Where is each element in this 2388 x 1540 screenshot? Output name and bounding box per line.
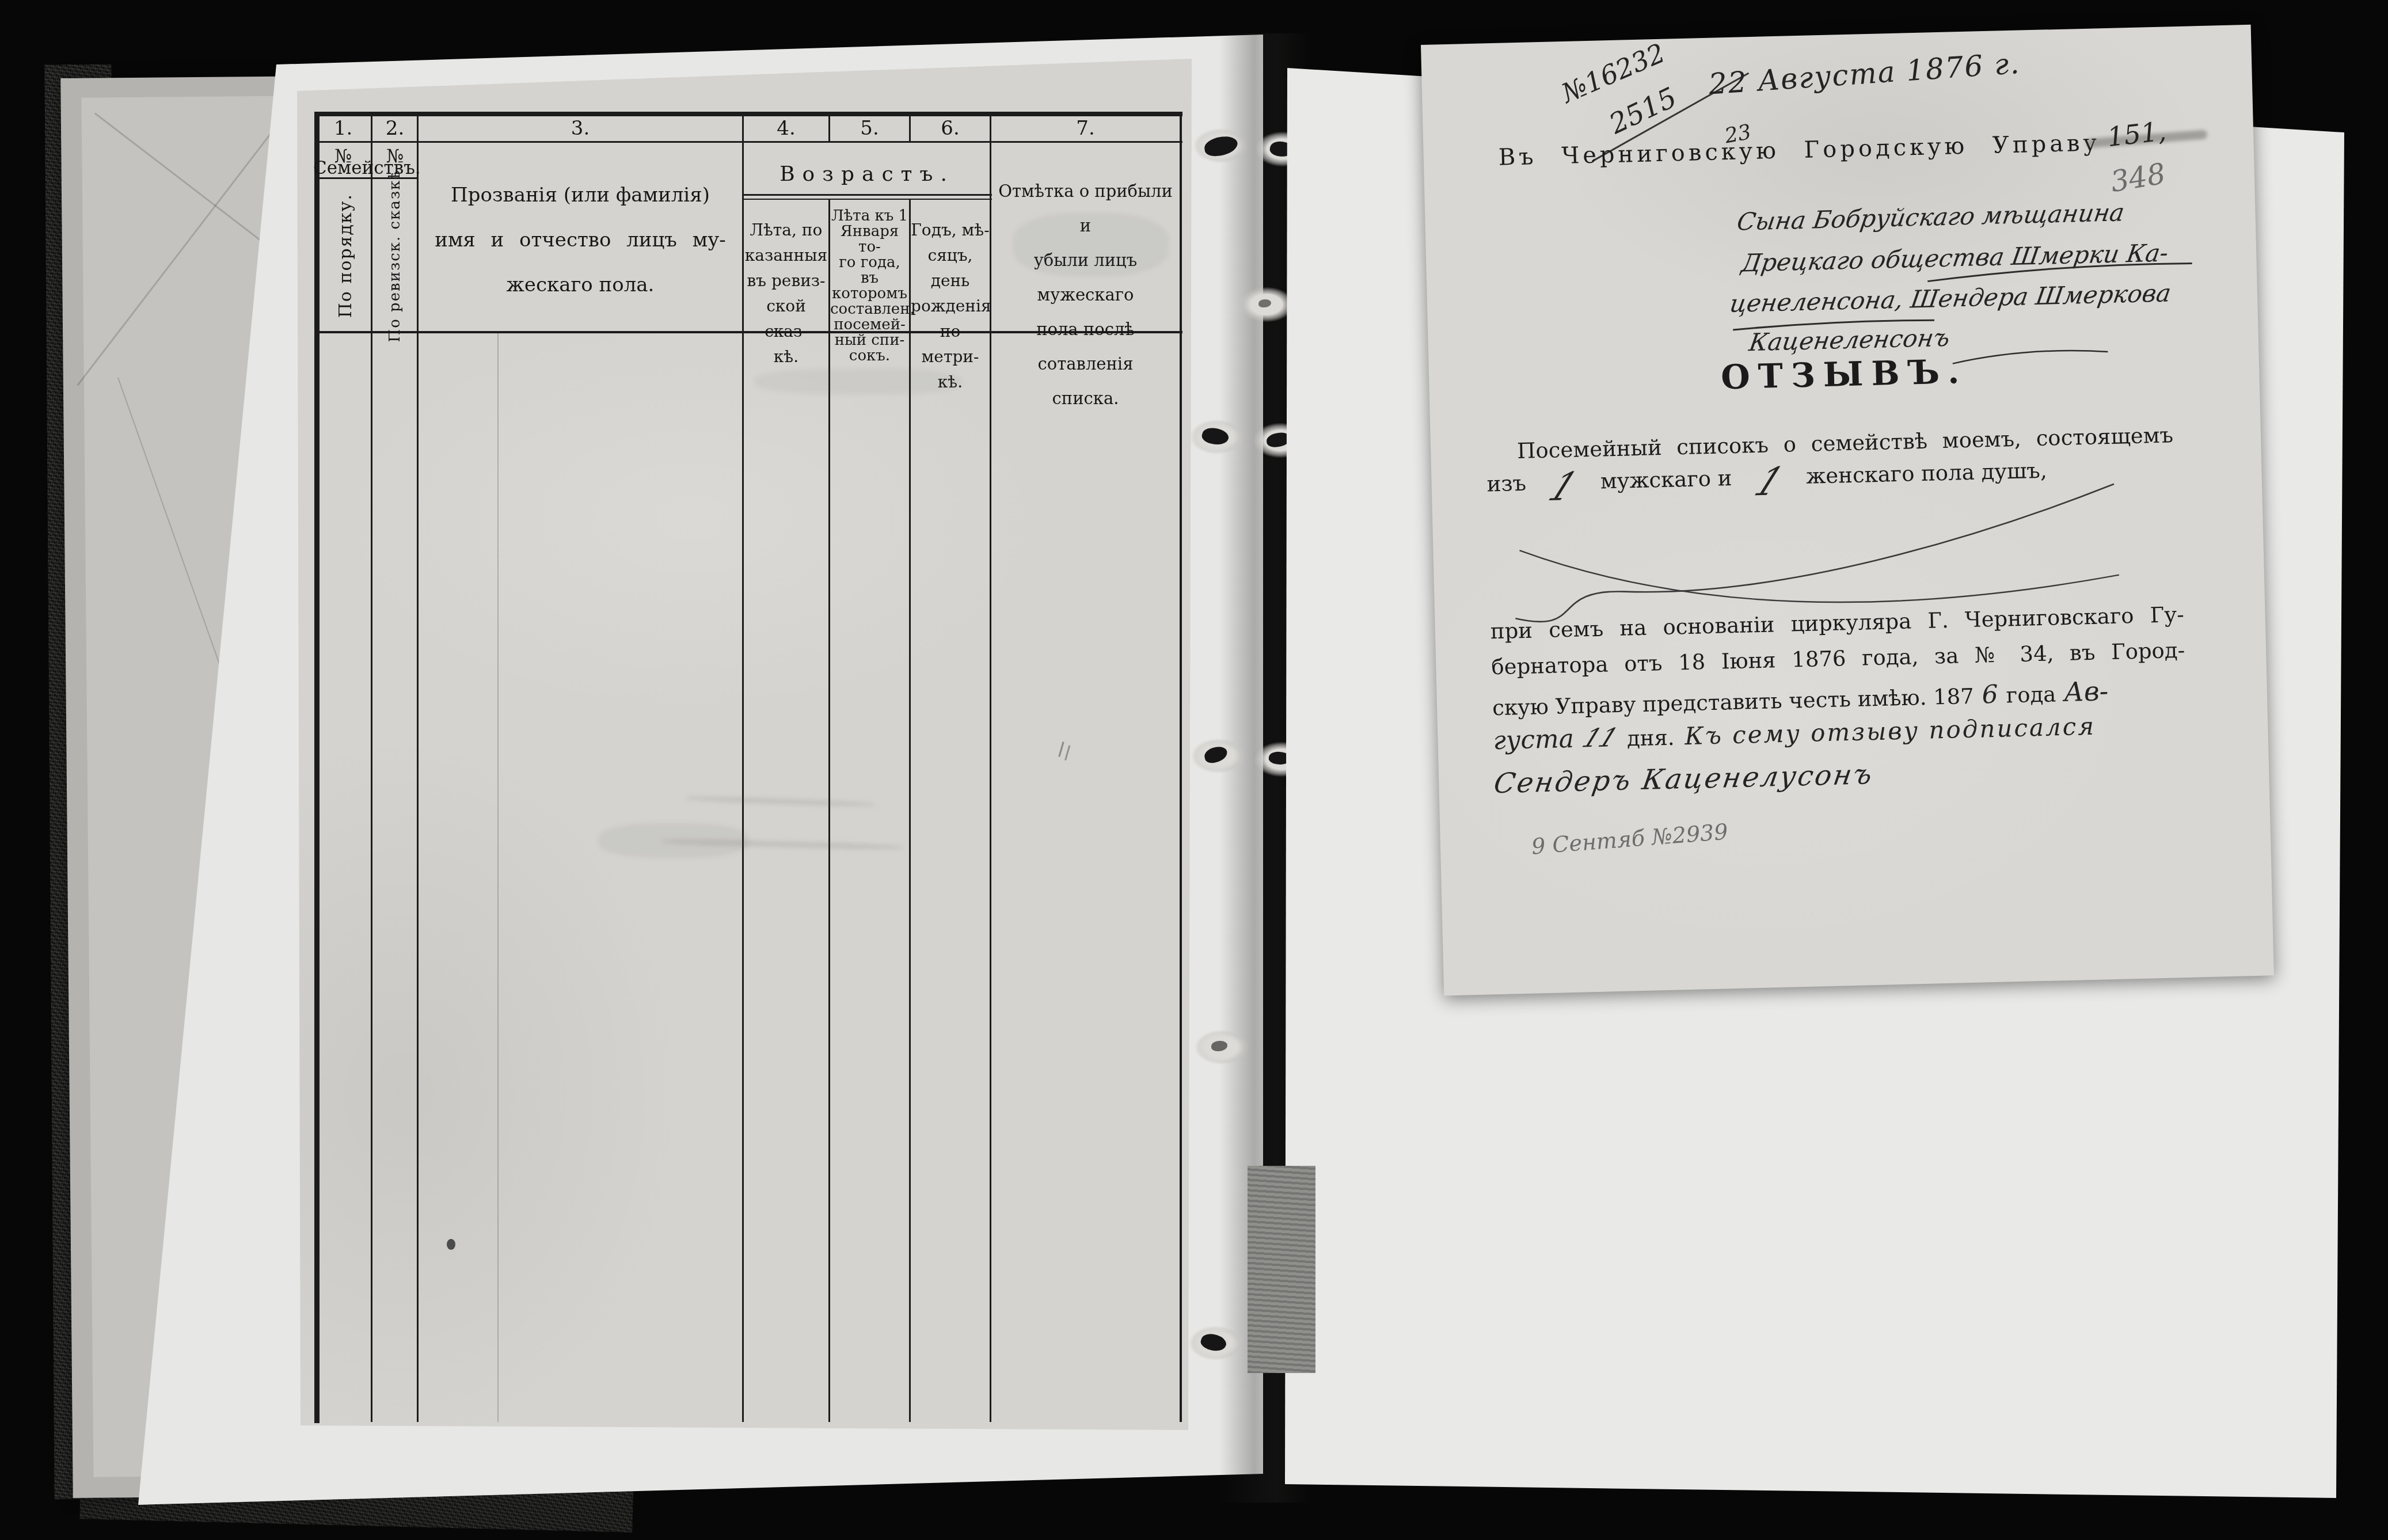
col-number-1: 1. xyxy=(314,117,372,140)
archival-scan: 1. 2. 3. 4. 5. 6. 7. № № Семействъ. По п… xyxy=(0,0,2388,1540)
bleed-through-mark xyxy=(1013,213,1169,276)
col-number-3: 3. xyxy=(419,117,742,140)
col-number-5: 5. xyxy=(830,117,909,140)
submission-line-4-printed: дня. xyxy=(1626,725,1675,751)
col4-header-line: кѣ. xyxy=(744,344,828,370)
submission-line-3-word: года xyxy=(2006,682,2056,708)
col5-header-line: го года, въ xyxy=(830,255,909,286)
col3-header: Прозванія (или фамилія) имя и отчество л… xyxy=(424,173,736,307)
col6-header-line: сяцъ, день xyxy=(911,243,990,294)
col5-header-line: которомъ xyxy=(830,286,909,302)
col2-rotated-label: По ревизск. сказкѣ xyxy=(386,169,404,343)
col-number-7: 7. xyxy=(991,117,1180,140)
col7-header-line: пола послѣ сотавленія xyxy=(991,312,1180,381)
col-number-4: 4. xyxy=(744,117,828,140)
stitch-hole xyxy=(1191,738,1246,774)
pencil-note: 9 Сентяб №2939 xyxy=(1531,819,1729,859)
table-left-border xyxy=(314,112,320,1423)
col-number-2: 2. xyxy=(372,117,418,140)
ink-dot xyxy=(447,1239,455,1250)
col1-rotated-cell: По порядку. xyxy=(320,181,371,330)
col6-header-line: рожденія xyxy=(911,294,990,319)
col3-header-line: Прозванія (или фамилія) xyxy=(424,173,736,218)
year-digit-handwritten: 6 xyxy=(1982,680,1998,710)
col5-header-line: Лѣта къ 1 xyxy=(830,208,909,224)
registration-date: 22 Августа 1876 г. xyxy=(1708,47,2021,101)
col5-header-line: сокъ. xyxy=(830,348,909,364)
stitch-hole xyxy=(1188,1325,1244,1361)
col7-header: Отмѣтка о прибыли и убыли лицъ мужескаго… xyxy=(991,174,1180,416)
table-top-border xyxy=(314,112,1182,116)
month-handwritten-part2: густа xyxy=(1493,724,1575,755)
col5-header-line: составлен. xyxy=(830,302,909,317)
age-span-header: Возрастъ. xyxy=(742,162,992,186)
table-rule xyxy=(742,199,992,200)
col6-header-line: Годъ, мѣ- xyxy=(911,218,990,243)
col5-header-line: ный спи- xyxy=(830,333,909,348)
col2-rotated-cell: По ревизск. сказкѣ xyxy=(372,181,417,330)
col1-rotated-label: По порядку. xyxy=(336,193,356,318)
bleed-through-mark xyxy=(754,368,961,395)
table-right-border xyxy=(1180,113,1182,1422)
col4-header: Лѣта, по казанныя въ ревиз- ской сказ- к… xyxy=(744,218,828,370)
stitch-hole xyxy=(1194,1029,1249,1065)
stitch-hole xyxy=(1239,287,1294,322)
binding-tab xyxy=(1248,1166,1315,1373)
table-rule xyxy=(314,141,1182,143)
table-subrule xyxy=(497,333,499,1422)
col4-header-line: въ ревиз- xyxy=(744,268,828,294)
stitch-hole xyxy=(1189,419,1245,455)
col-number-6: 6. xyxy=(911,117,990,140)
folio-number-pencil: 348 xyxy=(2108,157,2168,199)
col3-header-line: имя и отчество лицъ му- xyxy=(424,218,736,263)
col5-header: Лѣта къ 1 Января то- го года, въ котором… xyxy=(830,208,909,364)
col6-header-line: по метри- xyxy=(911,319,990,370)
signature: Сендеръ Каценелусонъ xyxy=(1494,758,1874,800)
document-heading: Въ Черниговскую Городскую Управу xyxy=(1498,130,2080,171)
otzyv-document-sheet: №16232 2515 22 Августа 1876 г. 23 Въ Чер… xyxy=(1421,25,2274,996)
day-handwritten: 11 xyxy=(1578,723,1622,754)
col7-header-line: списка. xyxy=(991,381,1180,416)
submission-line-2: бернатора отъ 18 Іюня 1876 года, за № 34… xyxy=(1491,638,2185,679)
table-rule xyxy=(742,194,992,196)
folio-number-ink: 151, xyxy=(2105,115,2168,153)
col4-header-line: ской сказ- xyxy=(744,294,828,344)
bleed-through-mark xyxy=(599,823,748,858)
col4-header-line: казанныя xyxy=(744,243,828,268)
col5-header-line: посемей- xyxy=(830,317,909,333)
attestation-handwritten: Къ сему отзыву подписался xyxy=(1684,712,2096,750)
month-handwritten-part1: Ав- xyxy=(2063,675,2108,708)
col5-header-line: Января то- xyxy=(830,224,909,255)
col3-header-line: жескаго пола. xyxy=(424,263,736,307)
col4-header-line: Лѣта, по xyxy=(744,218,828,243)
statement-line-1: Посемейный списокъ о семействѣ моемъ, со… xyxy=(1517,423,2174,463)
col6-header: Годъ, мѣ- сяцъ, день рожденія по метри- … xyxy=(911,218,990,395)
submission-line-3-printed: скую Управу представить честь имѣю. 187 xyxy=(1492,684,1975,720)
stitch-hole xyxy=(1193,128,1248,163)
